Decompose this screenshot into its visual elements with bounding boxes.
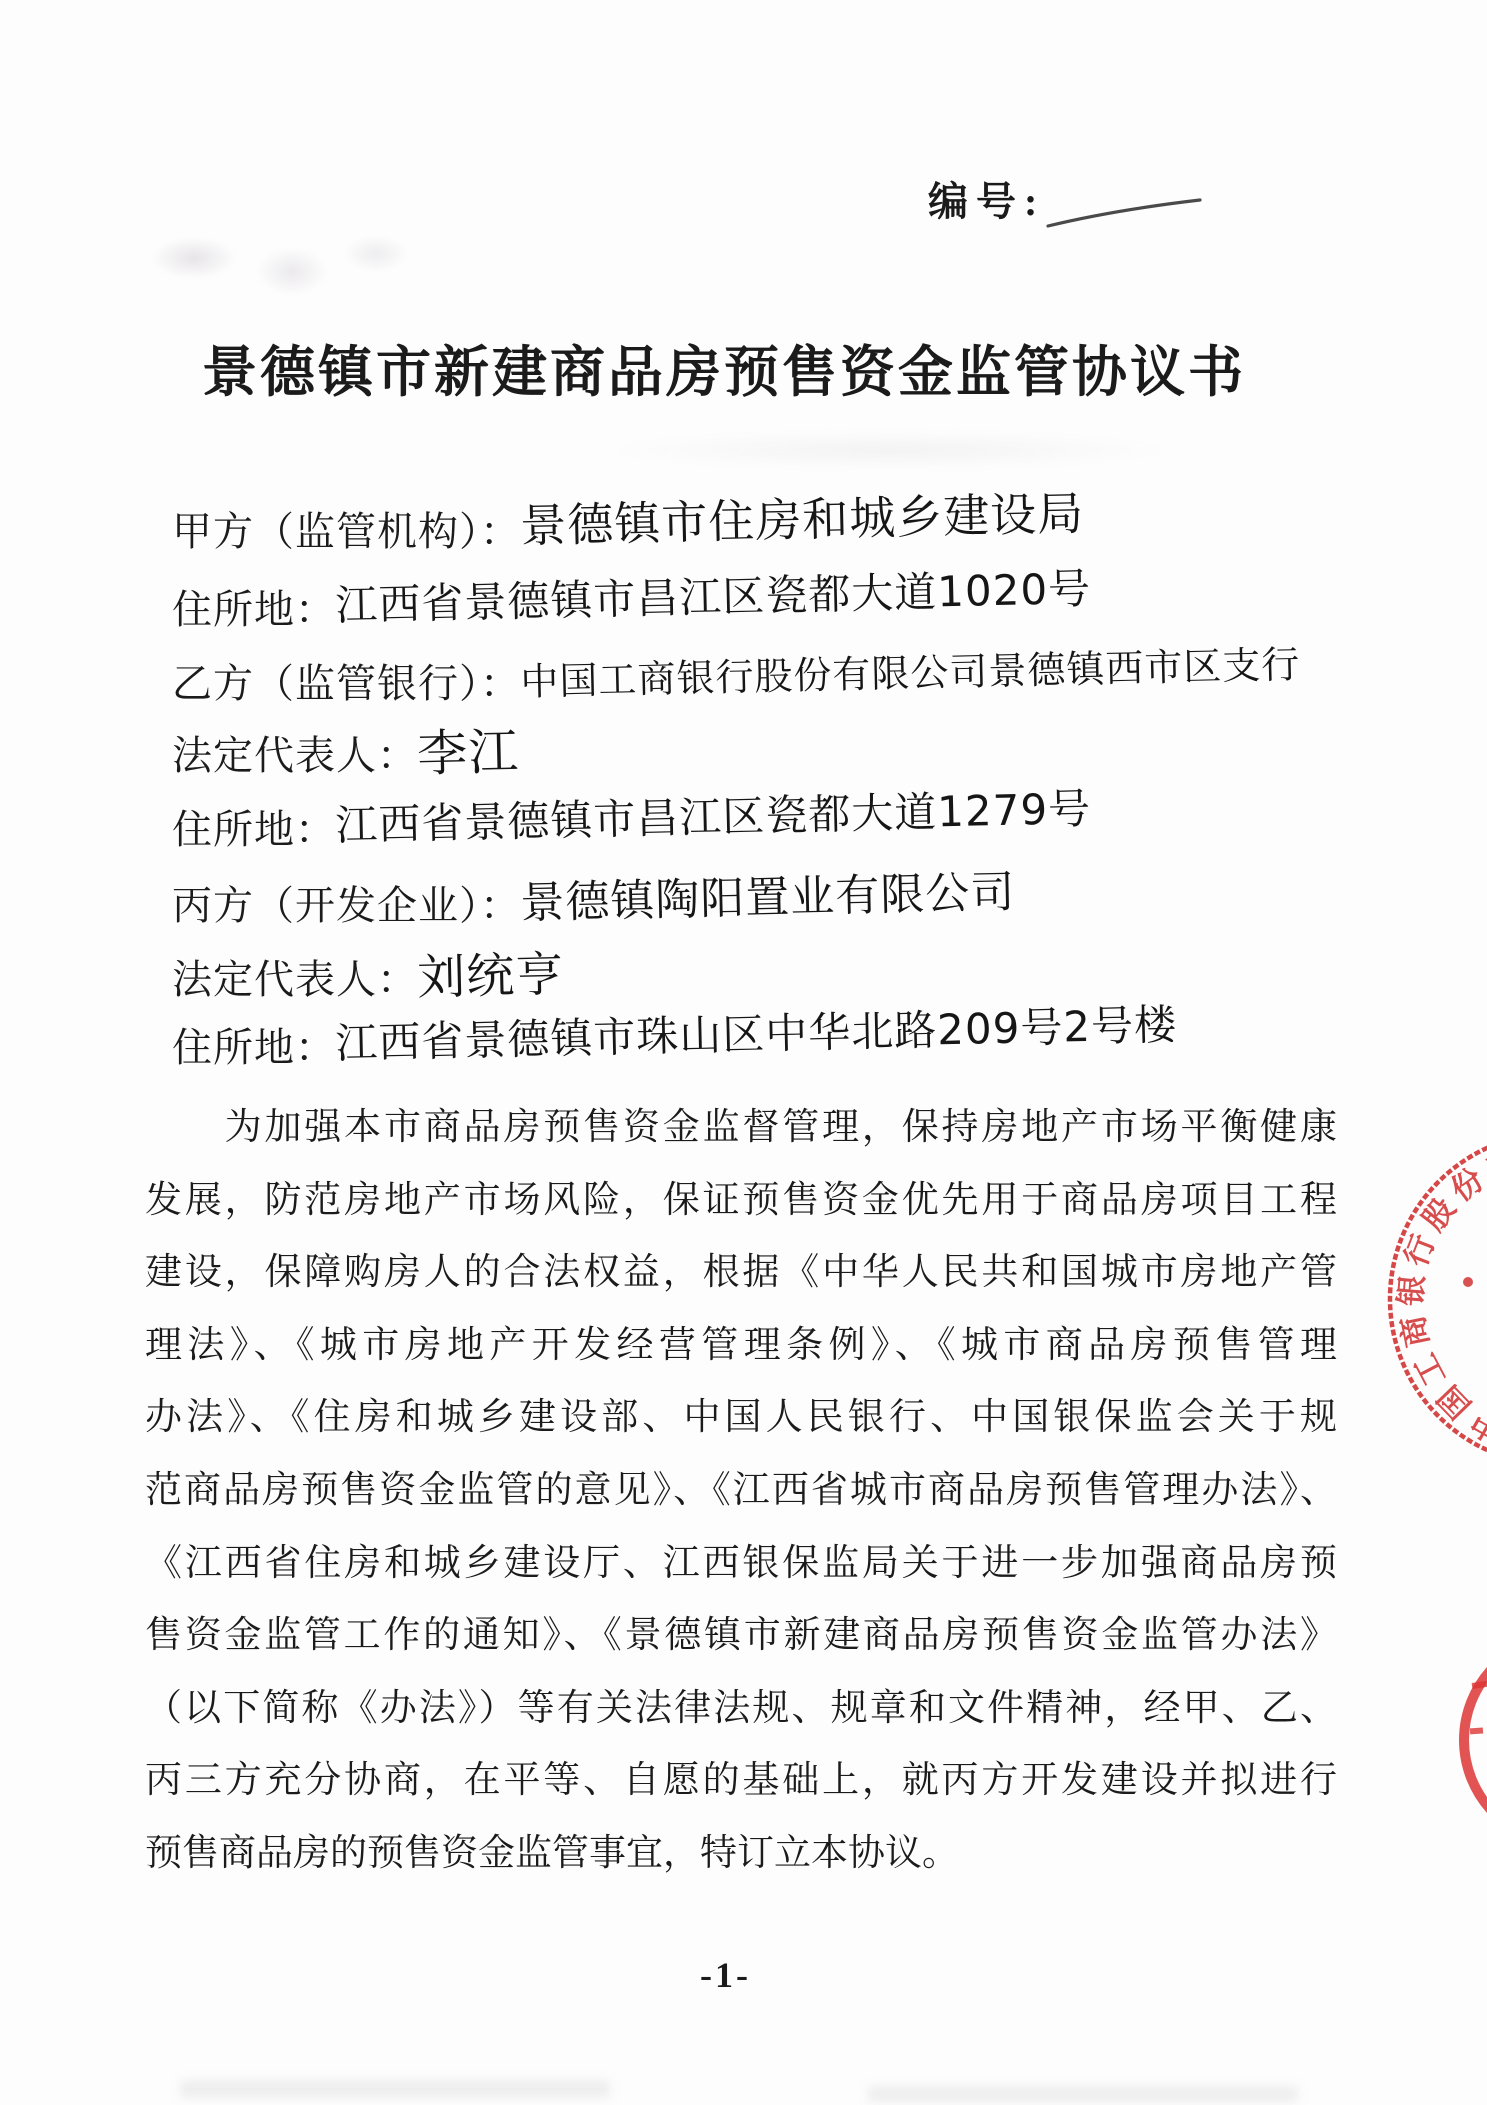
party-row-address-1: 住所地： 江西省景德镇市昌江区瓷都大道1020号: [172, 568, 1092, 635]
party-label: 住所地：: [172, 568, 336, 635]
document-number-handwritten-dash: [1044, 196, 1204, 235]
party-row-legal-rep-2: 法定代表人： 刘统亨: [172, 938, 565, 1008]
party-row-jiafang: 甲方（监管机构）： 景德镇市住房和城乡建设局: [172, 490, 1085, 557]
svg-text:中国工商银行股份有限公司: 中国工商银行股份有限公司: [1383, 1126, 1487, 1449]
scanned-document-page: 编号: 景德镇市新建商品房预售资金监管协议书 甲方（监管机构）： 景德镇市住房和…: [0, 0, 1487, 2105]
scan-smudge-under-title: [620, 424, 1160, 476]
party-value-handwritten: 景德镇陶阳置业有限公司: [519, 853, 1015, 931]
party-value-handwritten: 景德镇市住房和城乡建设局: [520, 477, 1085, 556]
party-row-bingfang: 丙方（开发企业）： 景德镇陶阳置业有限公司: [172, 864, 1016, 931]
party-value-handwritten: 刘统亨: [416, 935, 565, 1008]
party-label: 法定代表人：: [172, 714, 418, 781]
party-row-legal-rep-1: 法定代表人： 李江: [172, 714, 520, 786]
party-value-handwritten: 李江: [416, 712, 520, 786]
body-line: 丙三方充分协商，在平等、自愿的基础上，就丙方开发建设并拟进行: [145, 1745, 1337, 1818]
body-line: 为加强本市商品房预售资金监督管理，保持房地产市场平衡健康: [145, 1092, 1337, 1165]
body-line: 售资金监管工作的通知》、《景德镇市新建商品房预售资金监管办法》: [145, 1600, 1337, 1673]
party-row-yifang: 乙方（监管银行）： 中国工商银行股份有限公司景德镇西市区支行: [172, 642, 1301, 709]
party-row-address-2: 住所地： 江西省景德镇市昌江区瓷都大道1279号: [172, 788, 1092, 855]
party-label: 丙方（开发企业）：: [172, 864, 521, 931]
party-value-handwritten: 中国工商银行股份有限公司景德镇西市区支行: [520, 624, 1301, 706]
body-line: （以下简称《办法》）等有关法律法规、规章和文件精神，经甲、乙、: [145, 1673, 1337, 1746]
bank-seal-text: 中国工商银行股份有限公司: [1383, 1126, 1487, 1449]
body-line: 建设，保障购房人的合法权益，根据《中华人民共和国城市房地产管: [145, 1237, 1337, 1310]
scan-shadow-bottom-right: [868, 2086, 1298, 2102]
party-label: 住所地：: [172, 788, 336, 855]
body-line: 范商品房预售资金监管的意见》、《江西省城市商品房预售管理办法》、: [145, 1455, 1337, 1528]
party-label: 住所地：: [172, 1006, 336, 1073]
body-paragraph: 为加强本市商品房预售资金监督管理，保持房地产市场平衡健康 发展，防范房地产市场风…: [145, 1092, 1337, 1891]
party-label: 乙方（监管银行）：: [172, 642, 521, 709]
body-line: 预售商品房的预售资金监管事宜，特订立本协议。: [145, 1818, 1337, 1891]
body-line: 理法》、《城市房地产开发经营管理条例》、《城市商品房预售管理: [145, 1310, 1337, 1383]
partial-seal-icon: [1446, 1620, 1487, 1865]
document-title: 景德镇市新建商品房预售资金监管协议书: [202, 328, 1246, 407]
body-line: 发展，防范房地产市场风险，保证预售资金优先用于商品房项目工程: [145, 1165, 1337, 1238]
body-line: 《江西省住房和城乡建设厅、江西银保监局关于进一步加强商品房预: [145, 1528, 1337, 1601]
page-number: -1-: [700, 1954, 751, 1996]
party-label: 甲方（监管机构）：: [172, 490, 521, 557]
party-label: 法定代表人：: [172, 938, 418, 1005]
bank-seal-icon: 中国工商银行股份有限公司: [1383, 1126, 1487, 1477]
scan-smudge-top-left: [138, 222, 418, 312]
document-number-label: 编号:: [928, 170, 1045, 227]
party-row-address-3: 住所地： 江西省景德镇市珠山区中华北路209号2号楼: [172, 1006, 1178, 1073]
scan-shadow-bottom-left: [180, 2080, 610, 2098]
body-line: 办法》、《住房和城乡建设部、中国人民银行、中国银保监会关于规: [145, 1382, 1337, 1455]
party-value-handwritten: 江西省景德镇市昌江区瓷都大道1020号: [335, 551, 1092, 633]
